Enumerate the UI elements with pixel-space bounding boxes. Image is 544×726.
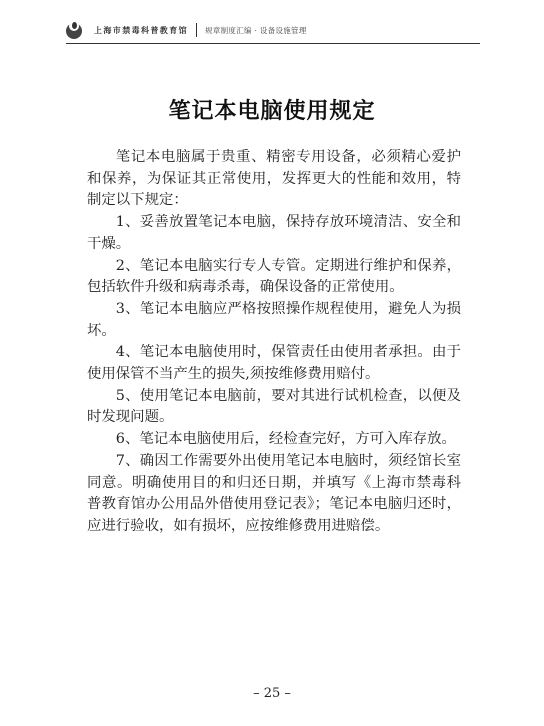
intro-paragraph: 笔记本电脑属于贵重、精密专用设备，必须精心爱护和保养，为保证其正常使用，发挥更大…	[87, 147, 461, 212]
document-title: 笔记本电脑使用规定	[0, 94, 544, 125]
page-number: – 25 –	[0, 686, 544, 701]
document-body: 笔记本电脑属于贵重、精密专用设备，必须精心爱护和保养，为保证其正常使用，发挥更大…	[87, 147, 461, 538]
rule-item: 5、使用笔记本电脑前，要对其进行试机检查，以便及时发现问题。	[87, 386, 461, 429]
rule-item: 1、妥善放置笔记本电脑，保持存放环境清洁、安全和干燥。	[87, 212, 461, 255]
rule-item: 7、确因工作需要外出使用笔记本电脑时，须经馆长室同意。明确使用目的和归还日期，并…	[87, 451, 461, 538]
rule-item: 2、笔记本电脑实行专人专管。定期进行维护和保养，包括软件升级和病毒杀毒，确保设备…	[87, 256, 461, 299]
header-rule	[66, 43, 480, 44]
rule-item: 3、笔记本电脑应严格按照操作规程使用，避免人为损坏。	[87, 299, 461, 342]
header-divider	[196, 23, 197, 37]
rule-item: 4、笔记本电脑使用时，保管责任由使用者承担。由于使用保管不当产生的损失,须按维修…	[87, 342, 461, 385]
museum-logo-icon	[66, 21, 84, 39]
page-header: 上海市禁毒科普教育馆 规章制度汇编 · 设备设施管理	[66, 18, 480, 42]
rule-item: 6、笔记本电脑使用后，经检查完好，方可入库存放。	[87, 429, 461, 451]
section-name: 规章制度汇编 · 设备设施管理	[205, 25, 307, 36]
organization-name: 上海市禁毒科普教育馆	[94, 25, 188, 36]
